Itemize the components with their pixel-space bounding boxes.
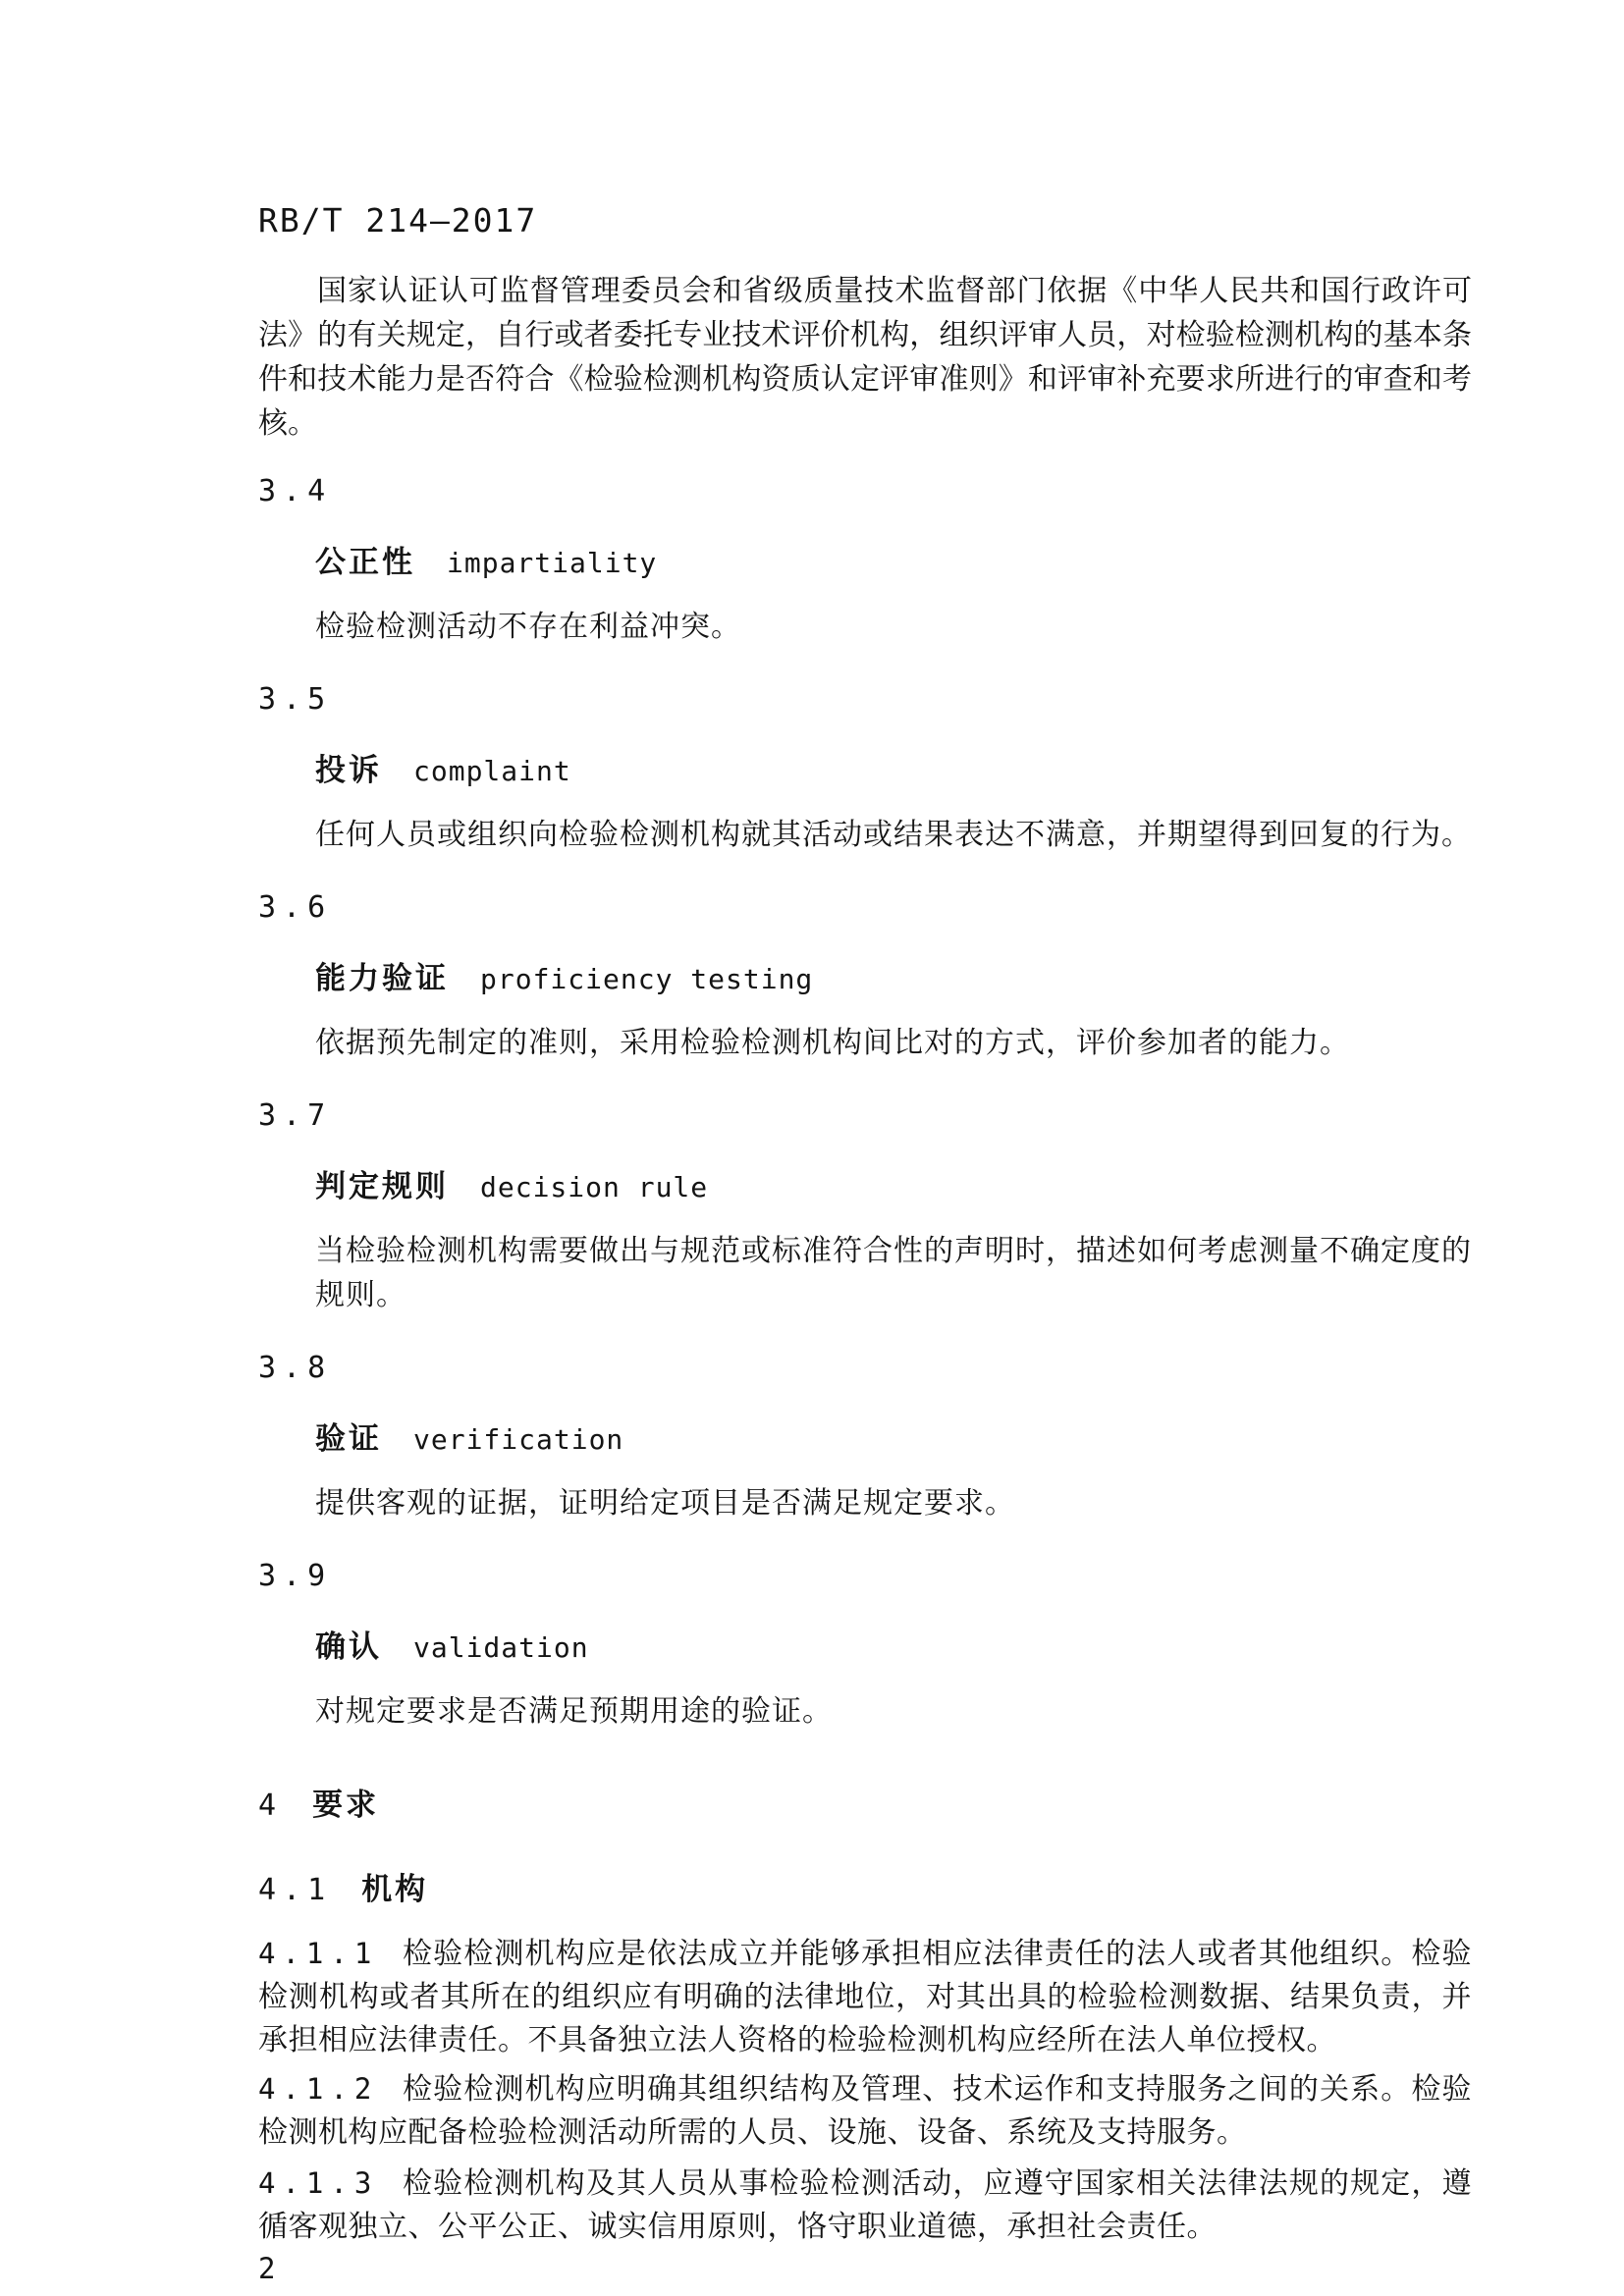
term-chinese: 确认 [315,1629,382,1664]
term-chinese: 公正性 [315,545,415,579]
term-chinese: 验证 [315,1421,382,1456]
clause-number: 3.7 [258,1094,1472,1138]
term-section-3-6: 3.6 能力验证proficiency testing 依据预先制定的准则，采用… [258,885,1472,1065]
clause-text: 检验检测机构应是依法成立并能够承担相应法律责任的法人或者其他组织。检验检测机构或… [258,1938,1472,2056]
term-title-line: 验证verification [258,1416,1472,1467]
term-section-3-9: 3.9 确认validation 对规定要求是否满足预期用途的验证。 [258,1554,1472,1734]
term-title-line: 公正性impartiality [258,540,1472,590]
term-definition: 检验检测活动不存在利益冲突。 [258,605,1472,649]
section-4-title: 要求 [312,1788,379,1822]
clause-number: 4.1.2 [258,2072,378,2106]
term-chinese: 判定规则 [315,1169,449,1203]
term-english: impartiality [447,547,657,579]
clause-4-1-1: 4.1.1检验检测机构应是依法成立并能够承担相应法律责任的法人或者其他组织。检验… [258,1932,1472,2062]
clause-number: 3.4 [258,469,1472,513]
clause-number: 4.1.1 [258,1937,378,1970]
term-english: verification [413,1423,623,1456]
term-english: validation [413,1631,589,1664]
term-chinese: 能力验证 [315,961,449,995]
term-chinese: 投诉 [315,753,382,787]
term-definition: 当检验检测机构需要做出与规范或标准符合性的声明时，描述如何考虑测量不确定度的规则… [258,1229,1472,1317]
term-english: decision rule [480,1171,708,1203]
document-page: RB/T 214—2017 国家认证认可监督管理委员会和省级质量技术监督部门依据… [0,0,1624,2296]
term-definition: 任何人员或组织向检验检测机构就其活动或结果表达不满意，并期望得到回复的行为。 [258,813,1472,857]
page-number: 2 [258,2249,1472,2288]
term-title-line: 确认validation [258,1625,1472,1675]
term-english: proficiency testing [480,963,813,995]
clause-text: 检验检测机构应明确其组织结构及管理、技术运作和支持服务之间的关系。检验检测机构应… [258,2073,1472,2149]
clause-text: 检验检测机构及其人员从事检验检测活动，应遵守国家相关法律法规的规定，遵循客观独立… [258,2167,1472,2243]
page-content: RB/T 214—2017 国家认证认可监督管理委员会和省级质量技术监督部门依据… [258,198,1472,2288]
standard-number-header: RB/T 214—2017 [258,198,1472,242]
clause-number: 3.5 [258,677,1472,721]
section-4-1-title: 机构 [361,1872,428,1906]
section-4-1-number: 4.1 [258,1873,332,1907]
term-definition: 提供客观的证据，证明给定项目是否满足规定要求。 [258,1481,1472,1525]
term-title-line: 投诉complaint [258,748,1472,798]
term-section-3-7: 3.7 判定规则decision rule 当检验检测机构需要做出与规范或标准符… [258,1094,1472,1317]
term-title-line: 判定规则decision rule [258,1164,1472,1214]
term-section-3-8: 3.8 验证verification 提供客观的证据，证明给定项目是否满足规定要… [258,1346,1472,1525]
intro-paragraph: 国家认证认可监督管理委员会和省级质量技术监督部门依据《中华人民共和国行政许可法》… [258,269,1472,446]
term-title-line: 能力验证proficiency testing [258,956,1472,1006]
term-definition: 对规定要求是否满足预期用途的验证。 [258,1689,1472,1734]
clause-number: 3.6 [258,885,1472,930]
term-section-3-5: 3.5 投诉complaint 任何人员或组织向检验检测机构就其活动或结果表达不… [258,677,1472,857]
clause-4-1-2: 4.1.2检验检测机构应明确其组织结构及管理、技术运作和支持服务之间的关系。检验… [258,2067,1472,2155]
clause-number: 3.9 [258,1554,1472,1598]
section-4-number: 4 [258,1789,283,1823]
term-section-3-4: 3.4 公正性impartiality 检验检测活动不存在利益冲突。 [258,469,1472,649]
clause-number: 3.8 [258,1346,1472,1390]
clause-4-1-3: 4.1.3检验检测机构及其人员从事检验检测活动，应遵守国家相关法律法规的规定，遵… [258,2162,1472,2249]
term-definition: 依据预先制定的准则，采用检验检测机构间比对的方式，评价参加者的能力。 [258,1021,1472,1065]
section-4-heading: 4要求 [258,1783,1472,1828]
term-english: complaint [413,755,571,787]
clause-number: 4.1.3 [258,2166,378,2200]
section-4-1-heading: 4.1机构 [258,1867,1472,1912]
